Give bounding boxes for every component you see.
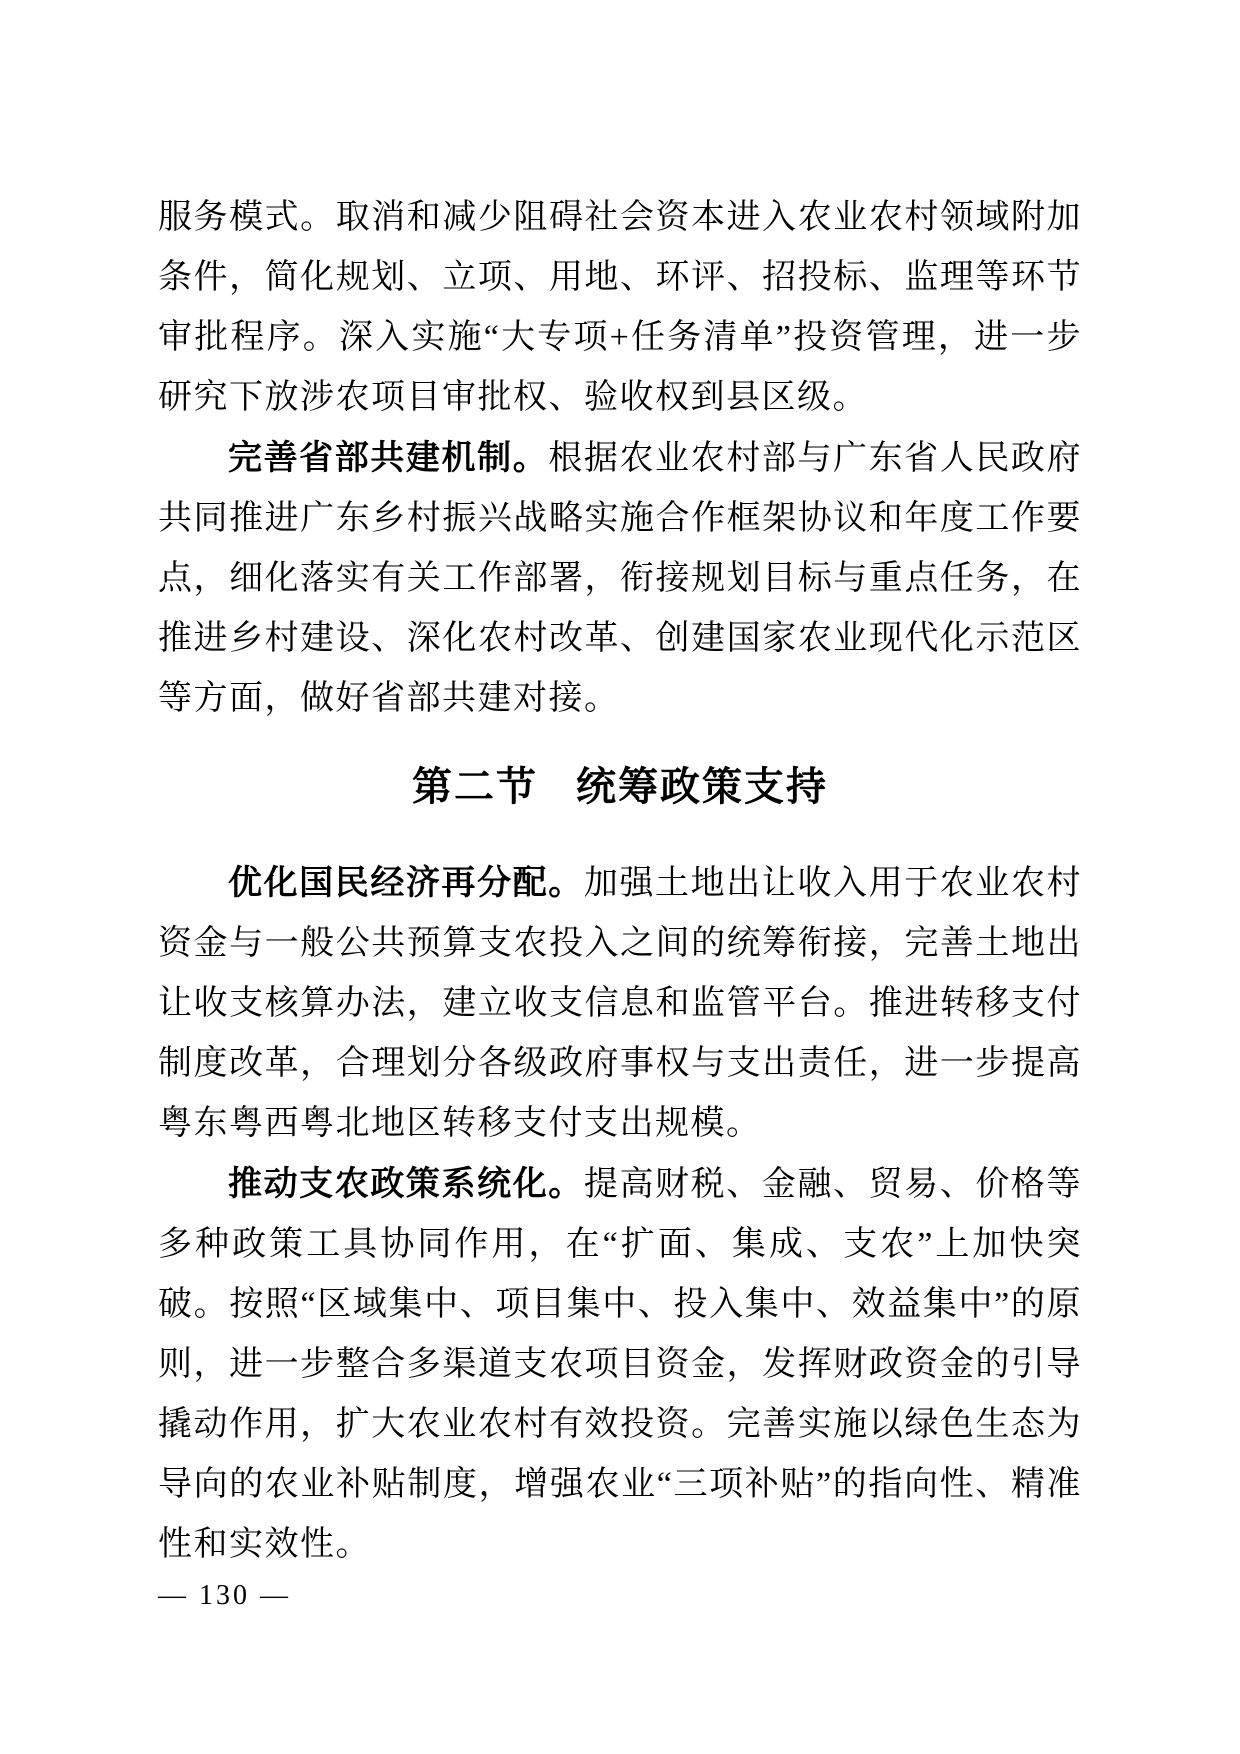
page-number: — 130 —	[158, 1580, 291, 1611]
paragraph-agriculture-policy-systematization: 推动支农政策系统化。提高财税、金融、贸易、价格等多种政策工具协同作用，在“扩面、…	[158, 1154, 1082, 1575]
paragraph-bold-lead: 优化国民经济再分配。	[228, 864, 584, 902]
section-heading: 第二节统筹政策支持	[158, 763, 1082, 811]
page-footer: — 130 —	[158, 1580, 291, 1612]
paragraph-bold-lead: 推动支农政策系统化。	[228, 1165, 584, 1203]
paragraph-text: 服务模式。取消和减少阻碍社会资本进入农业农村领域附加条件，简化规划、立项、用地、…	[158, 199, 1082, 416]
section-title: 统筹政策支持	[576, 765, 828, 809]
paragraph-text: 根据农业农村部与广东省人民政府共同推进广东乡村振兴战略实施合作框架协议和年度工作…	[158, 440, 1082, 717]
paragraph-province-ministry-mechanism: 完善省部共建机制。根据农业农村部与广东省人民政府共同推进广东乡村振兴战略实施合作…	[158, 428, 1082, 729]
paragraph-national-economy-redistribution: 优化国民经济再分配。加强土地出让收入用于农业农村资金与一般公共预算支农投入之间的…	[158, 853, 1082, 1154]
section-number: 第二节	[412, 765, 538, 809]
paragraph-bold-lead: 完善省部共建机制。	[228, 439, 548, 477]
document-page: 服务模式。取消和减少阻碍社会资本进入农业农村领域附加条件，简化规划、立项、用地、…	[0, 0, 1240, 1754]
paragraph-text: 加强土地出让收入用于农业农村资金与一般公共预算支农投入之间的统筹衔接，完善土地出…	[158, 865, 1082, 1142]
paragraph-text: 提高财税、金融、贸易、价格等多种政策工具协同作用，在“扩面、集成、支农”上加快突…	[158, 1166, 1082, 1563]
paragraph-continuation: 服务模式。取消和减少阻碍社会资本进入农业农村领域附加条件，简化规划、立项、用地、…	[158, 188, 1082, 428]
page-body: 服务模式。取消和减少阻碍社会资本进入农业农村领域附加条件，简化规划、立项、用地、…	[158, 188, 1082, 1575]
